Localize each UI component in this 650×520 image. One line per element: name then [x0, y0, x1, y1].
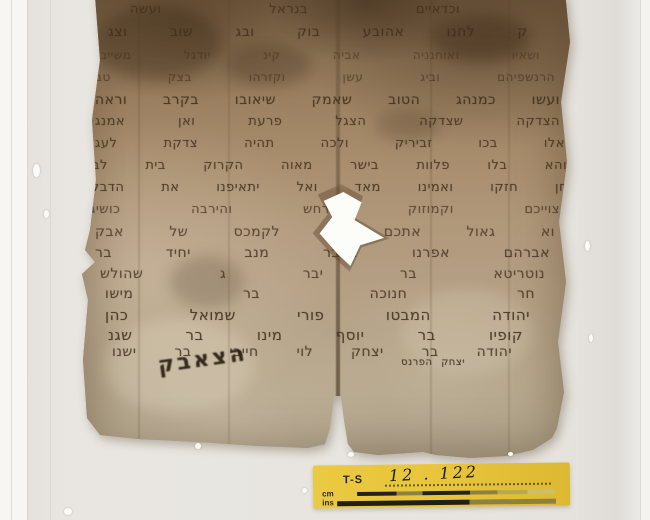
backdrop-left-strip — [0, 0, 28, 520]
white-speck — [508, 452, 513, 456]
scale-ruler: T-S 12 . 122 cm ins — [313, 462, 571, 508]
white-speck — [33, 164, 40, 177]
backdrop-right-strip — [640, 0, 650, 520]
backdrop-edge-line — [11, 0, 12, 520]
parchment: וכדאיים בנראל ועשהק לחנו אהובע בוק ובג ש… — [78, 0, 573, 464]
cm-label: cm — [322, 490, 334, 498]
white-speck — [589, 334, 593, 342]
photo-stage: וכדאיים בנראל ועשהק לחנו אהובע בוק ובג ש… — [0, 0, 650, 520]
white-speck — [585, 241, 590, 251]
white-speck — [64, 508, 72, 515]
white-speck — [195, 443, 201, 449]
glass-edge-line — [50, 0, 51, 520]
cm-scale-bar — [357, 490, 555, 496]
ins-scale-bar — [337, 498, 565, 506]
white-speck — [348, 452, 354, 457]
classmark-prefix: T-S — [343, 474, 363, 486]
white-speck — [44, 210, 49, 218]
edge-vignette — [78, 0, 573, 464]
classmark-number: 12 . 122 — [388, 462, 479, 485]
ins-label: ins — [322, 499, 334, 507]
white-speck — [302, 488, 307, 493]
manuscript-fragment: וכדאיים בנראל ועשהק לחנו אהובע בוק ובג ש… — [78, 0, 573, 464]
